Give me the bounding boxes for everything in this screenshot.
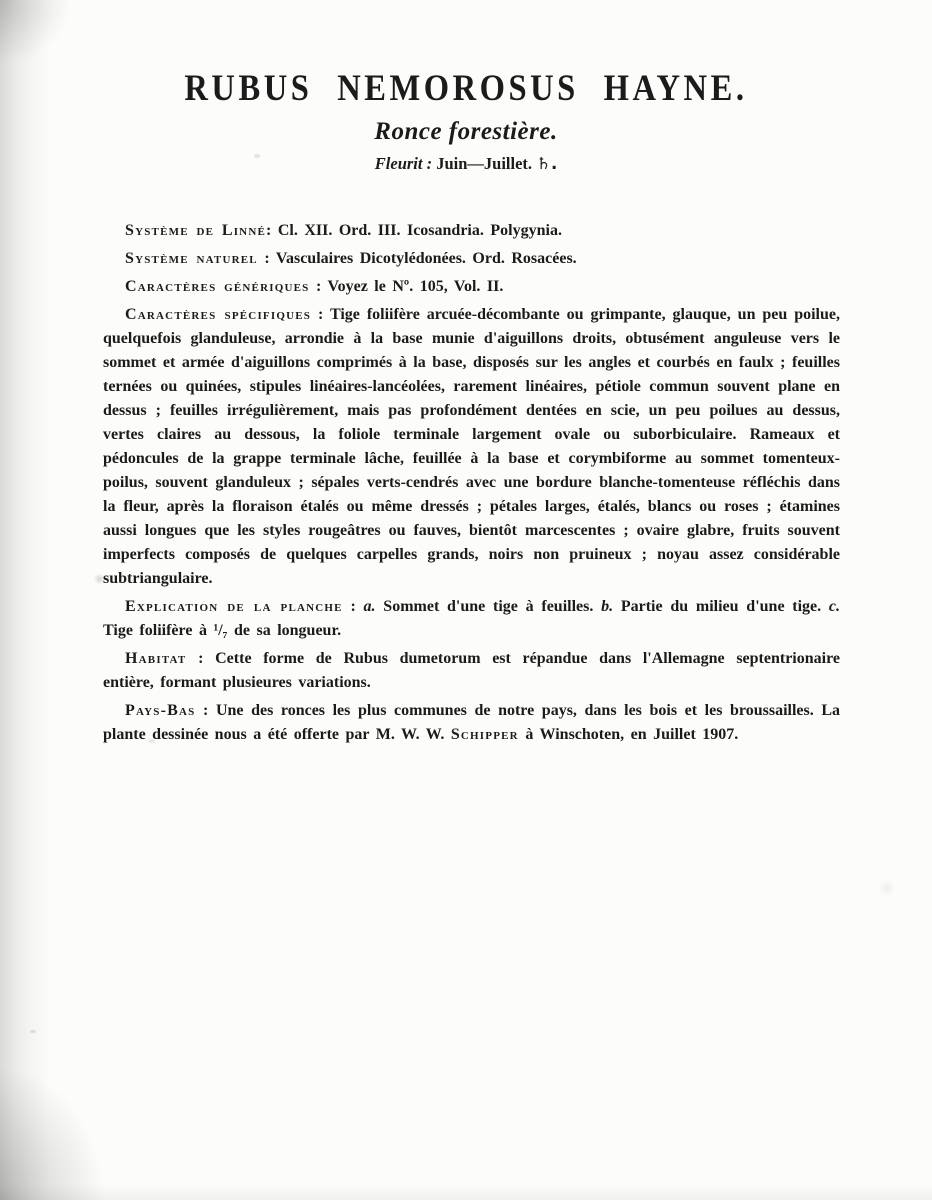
section-separator: : [266, 222, 278, 239]
paragraph-pays-bas: Pays-Bas : Une des ronces les plus commu… [103, 699, 840, 747]
paragraph-systeme-naturel: Système naturel : Vasculaires Dicotylédo… [103, 247, 840, 271]
title-block: RUBUS NEMOROSUS HAYNE. Ronce forestière.… [0, 0, 932, 173]
description-body: Système de Linné: Cl. XII. Ord. III. Ico… [103, 219, 840, 747]
scanned-document-page: RUBUS NEMOROSUS HAYNE. Ronce forestière.… [0, 0, 932, 1200]
section-separator: : [311, 306, 330, 323]
paragraph-systeme-linne: Système de Linné: Cl. XII. Ord. III. Ico… [103, 219, 840, 243]
scan-speck [30, 1030, 36, 1033]
section-label: Habitat [125, 650, 186, 667]
plate-item-text: Partie du milieu d'une tige. [613, 598, 829, 615]
flowering-label: Fleurit : [375, 154, 432, 173]
flowering-line: Fleurit : Juin—Juillet. ♄. [0, 155, 932, 173]
paragraph-caracteres-generiques: Caractères génériques : Voyez le Nº. 105… [103, 275, 840, 299]
scan-smudge [878, 880, 896, 896]
paragraph-caracteres-specifiques: Caractères spécifiques : Tige foliifère … [103, 303, 840, 591]
section-text: Cl. XII. Ord. III. Icosandria. Polygynia… [278, 222, 562, 239]
flowering-period: Juin—Juillet. [436, 154, 532, 173]
saturn-symbol: ♄. [536, 154, 557, 173]
section-label: Système de Linné [125, 222, 266, 239]
section-separator: : [186, 650, 215, 667]
section-text: Voyez le Nº. 105, Vol. II. [328, 278, 504, 295]
section-label: Explication de la planche [125, 598, 343, 615]
paragraph-habitat: Habitat : Cette forme de Rubus dumetorum… [103, 647, 840, 695]
plate-item-text: Sommet d'une tige à feuilles. [376, 598, 602, 615]
section-label: Pays-Bas [125, 702, 195, 719]
section-label: Caractères spécifiques [125, 306, 311, 323]
section-label: Caractères génériques [125, 278, 309, 295]
plate-item-text: Tige foliifère à ¹/₇ de sa longueur. [103, 622, 341, 639]
species-title: RUBUS NEMOROSUS HAYNE. [184, 70, 747, 107]
section-separator: : [258, 250, 276, 267]
paragraph-explication-planche: Explication de la planche : a. Sommet d'… [103, 595, 840, 643]
section-separator: : [309, 278, 327, 295]
plate-item-marker: b. [601, 598, 613, 615]
section-separator: : [195, 702, 216, 719]
section-text: Tige foliifère arcuée-décombante ou grim… [103, 306, 840, 587]
plate-item-marker: c. [829, 598, 840, 615]
common-name: Ronce forestière. [0, 118, 932, 146]
section-text: à Winschoten, en Juillet 1907. [519, 726, 738, 743]
plate-item-marker: a. [364, 598, 376, 615]
collector-name: Schipper [451, 726, 519, 743]
section-separator: : [343, 598, 364, 615]
section-label: Système naturel [125, 250, 258, 267]
section-text: Vasculaires Dicotylédonées. Ord. Rosacée… [276, 250, 577, 267]
